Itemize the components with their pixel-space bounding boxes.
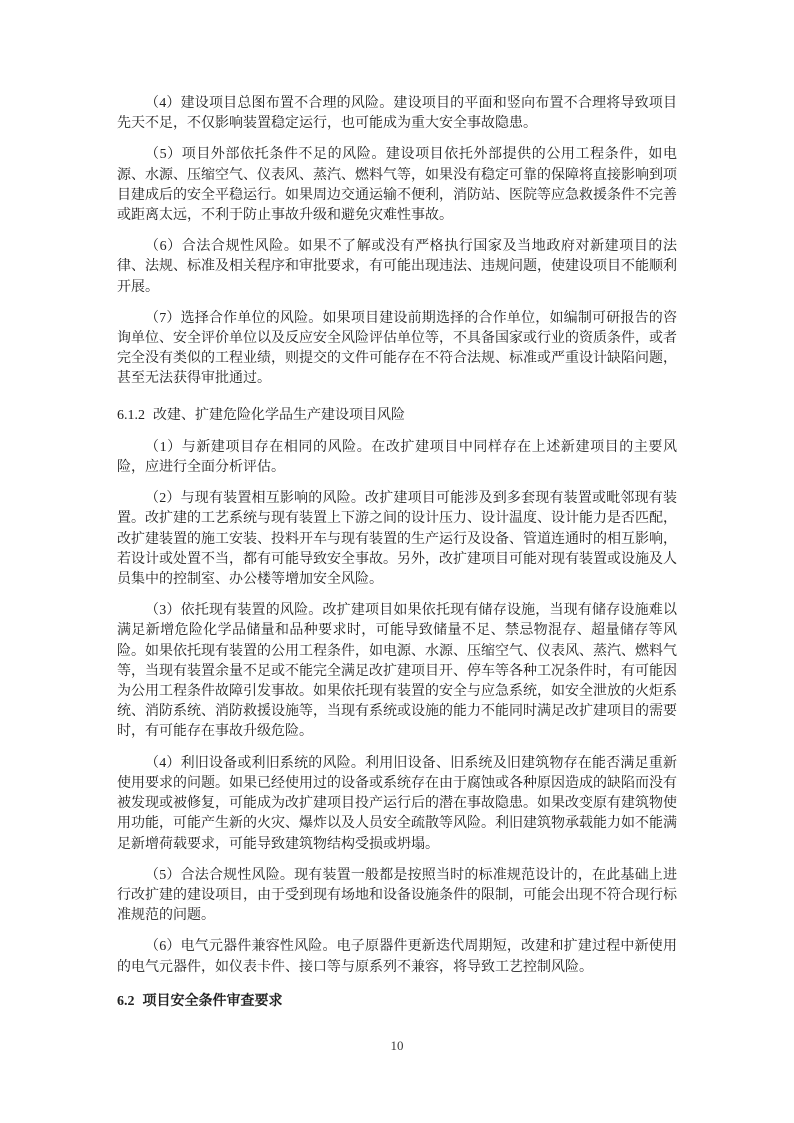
- section-number: 6.2: [117, 994, 135, 1009]
- paragraph-612-5: （5）合法合规性风险。现有装置一般都是按照当时的标准规范设计的，在此基础上进行改…: [117, 866, 677, 927]
- document-page: （4）建设项目总图布置不合理的风险。建设项目的平面和竖向布置不合理将导致项目先天…: [0, 0, 794, 1123]
- paragraph-intro-5: （5）项目外部依托条件不足的风险。建设项目依托外部提供的公用工程条件，如电源、水…: [117, 145, 677, 226]
- paragraph-intro-4: （4）建设项目总图布置不合理的风险。建设项目的平面和竖向布置不合理将导致项目先天…: [117, 94, 677, 134]
- paragraph-intro-6: （6）合法合规性风险。如果不了解或没有严格执行国家及当地政府对新建项目的法律、法…: [117, 237, 677, 298]
- paragraph-612-6: （6）电气元器件兼容性风险。电子原器件更新迭代周期短，改建和扩建过程中新使用的电…: [117, 937, 677, 977]
- section-number: 6.1.2: [117, 408, 145, 423]
- document-content: （4）建设项目总图布置不合理的风险。建设项目的平面和竖向布置不合理将导致项目先天…: [117, 94, 677, 1012]
- paragraph-612-1: （1）与新建项目存在相同的风险。在改扩建项目中同样存在上述新建项目的主要风险，应…: [117, 438, 677, 478]
- section-heading-6-1-2: 6.1.2改建、扩建危险化学品生产建设项目风险: [117, 406, 677, 426]
- paragraph-612-3: （3）依托现有装置的风险。改扩建项目如果依托现有储存设施，当现有储存设施难以满足…: [117, 601, 677, 742]
- paragraph-intro-7: （7）选择合作单位的风险。如果项目建设前期选择的合作单位，如编制可研报告的咨询单…: [117, 309, 677, 390]
- paragraph-612-4: （4）利旧设备或利旧系统的风险。利用旧设备、旧系统及旧建筑物存在能否满足重新使用…: [117, 754, 677, 855]
- paragraph-612-2: （2）与现有装置相互影响的风险。改扩建项目可能涉及到多套现有装置或毗邻现有装置。…: [117, 489, 677, 590]
- section-title: 改建、扩建危险化学品生产建设项目风险: [153, 408, 405, 423]
- page-number: 10: [0, 1038, 794, 1054]
- section-title: 项目安全条件审查要求: [143, 994, 283, 1009]
- section-heading-6-2: 6.2项目安全条件审查要求: [117, 992, 677, 1012]
